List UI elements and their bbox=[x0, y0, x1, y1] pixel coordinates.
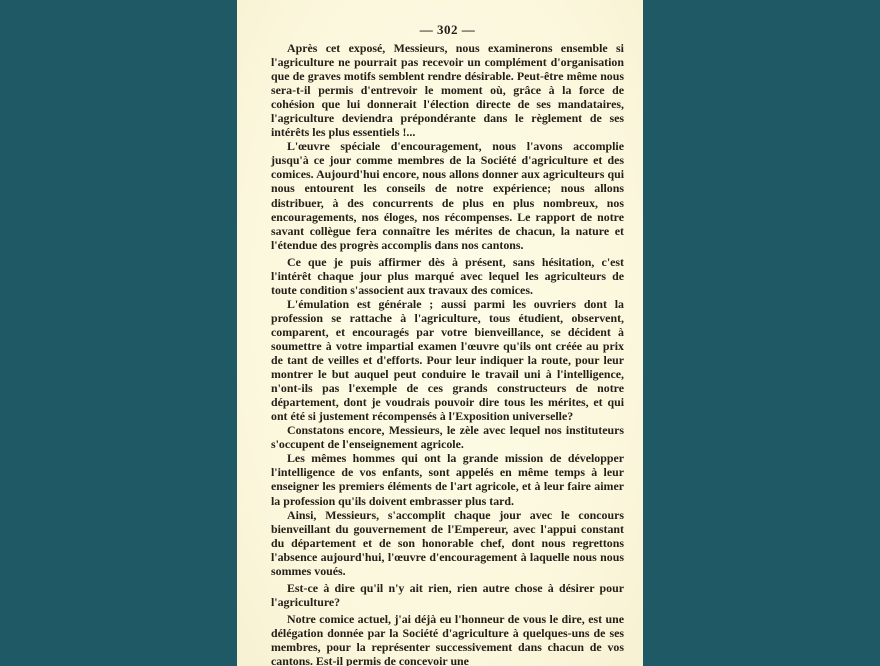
paragraph-2: L'œuvre spéciale d'encouragement, nous l… bbox=[271, 139, 624, 251]
paragraph-6: Les mêmes hommes qui ont la grande missi… bbox=[271, 451, 624, 507]
page-body: Après cet exposé, Messieurs, nous examin… bbox=[271, 41, 624, 666]
paragraph-3: Ce que je puis affirmer dès à présent, s… bbox=[271, 255, 624, 297]
paragraph-8: Est-ce à dire qu'il n'y ait rien, rien a… bbox=[271, 581, 624, 609]
paragraph-5: Constatons encore, Messieurs, le zèle av… bbox=[271, 423, 624, 451]
paragraph-9: Notre comice actuel, j'ai déjà eu l'honn… bbox=[271, 612, 624, 666]
paragraph-1: Après cet exposé, Messieurs, nous examin… bbox=[271, 41, 624, 139]
paragraph-4: L'émulation est générale ; aussi parmi l… bbox=[271, 297, 624, 423]
paragraph-7: Ainsi, Messieurs, s'accomplit chaque jou… bbox=[271, 508, 624, 578]
scanned-page: — 302 — Après cet exposé, Messieurs, nou… bbox=[237, 0, 643, 666]
page-number: — 302 — bbox=[271, 22, 624, 38]
